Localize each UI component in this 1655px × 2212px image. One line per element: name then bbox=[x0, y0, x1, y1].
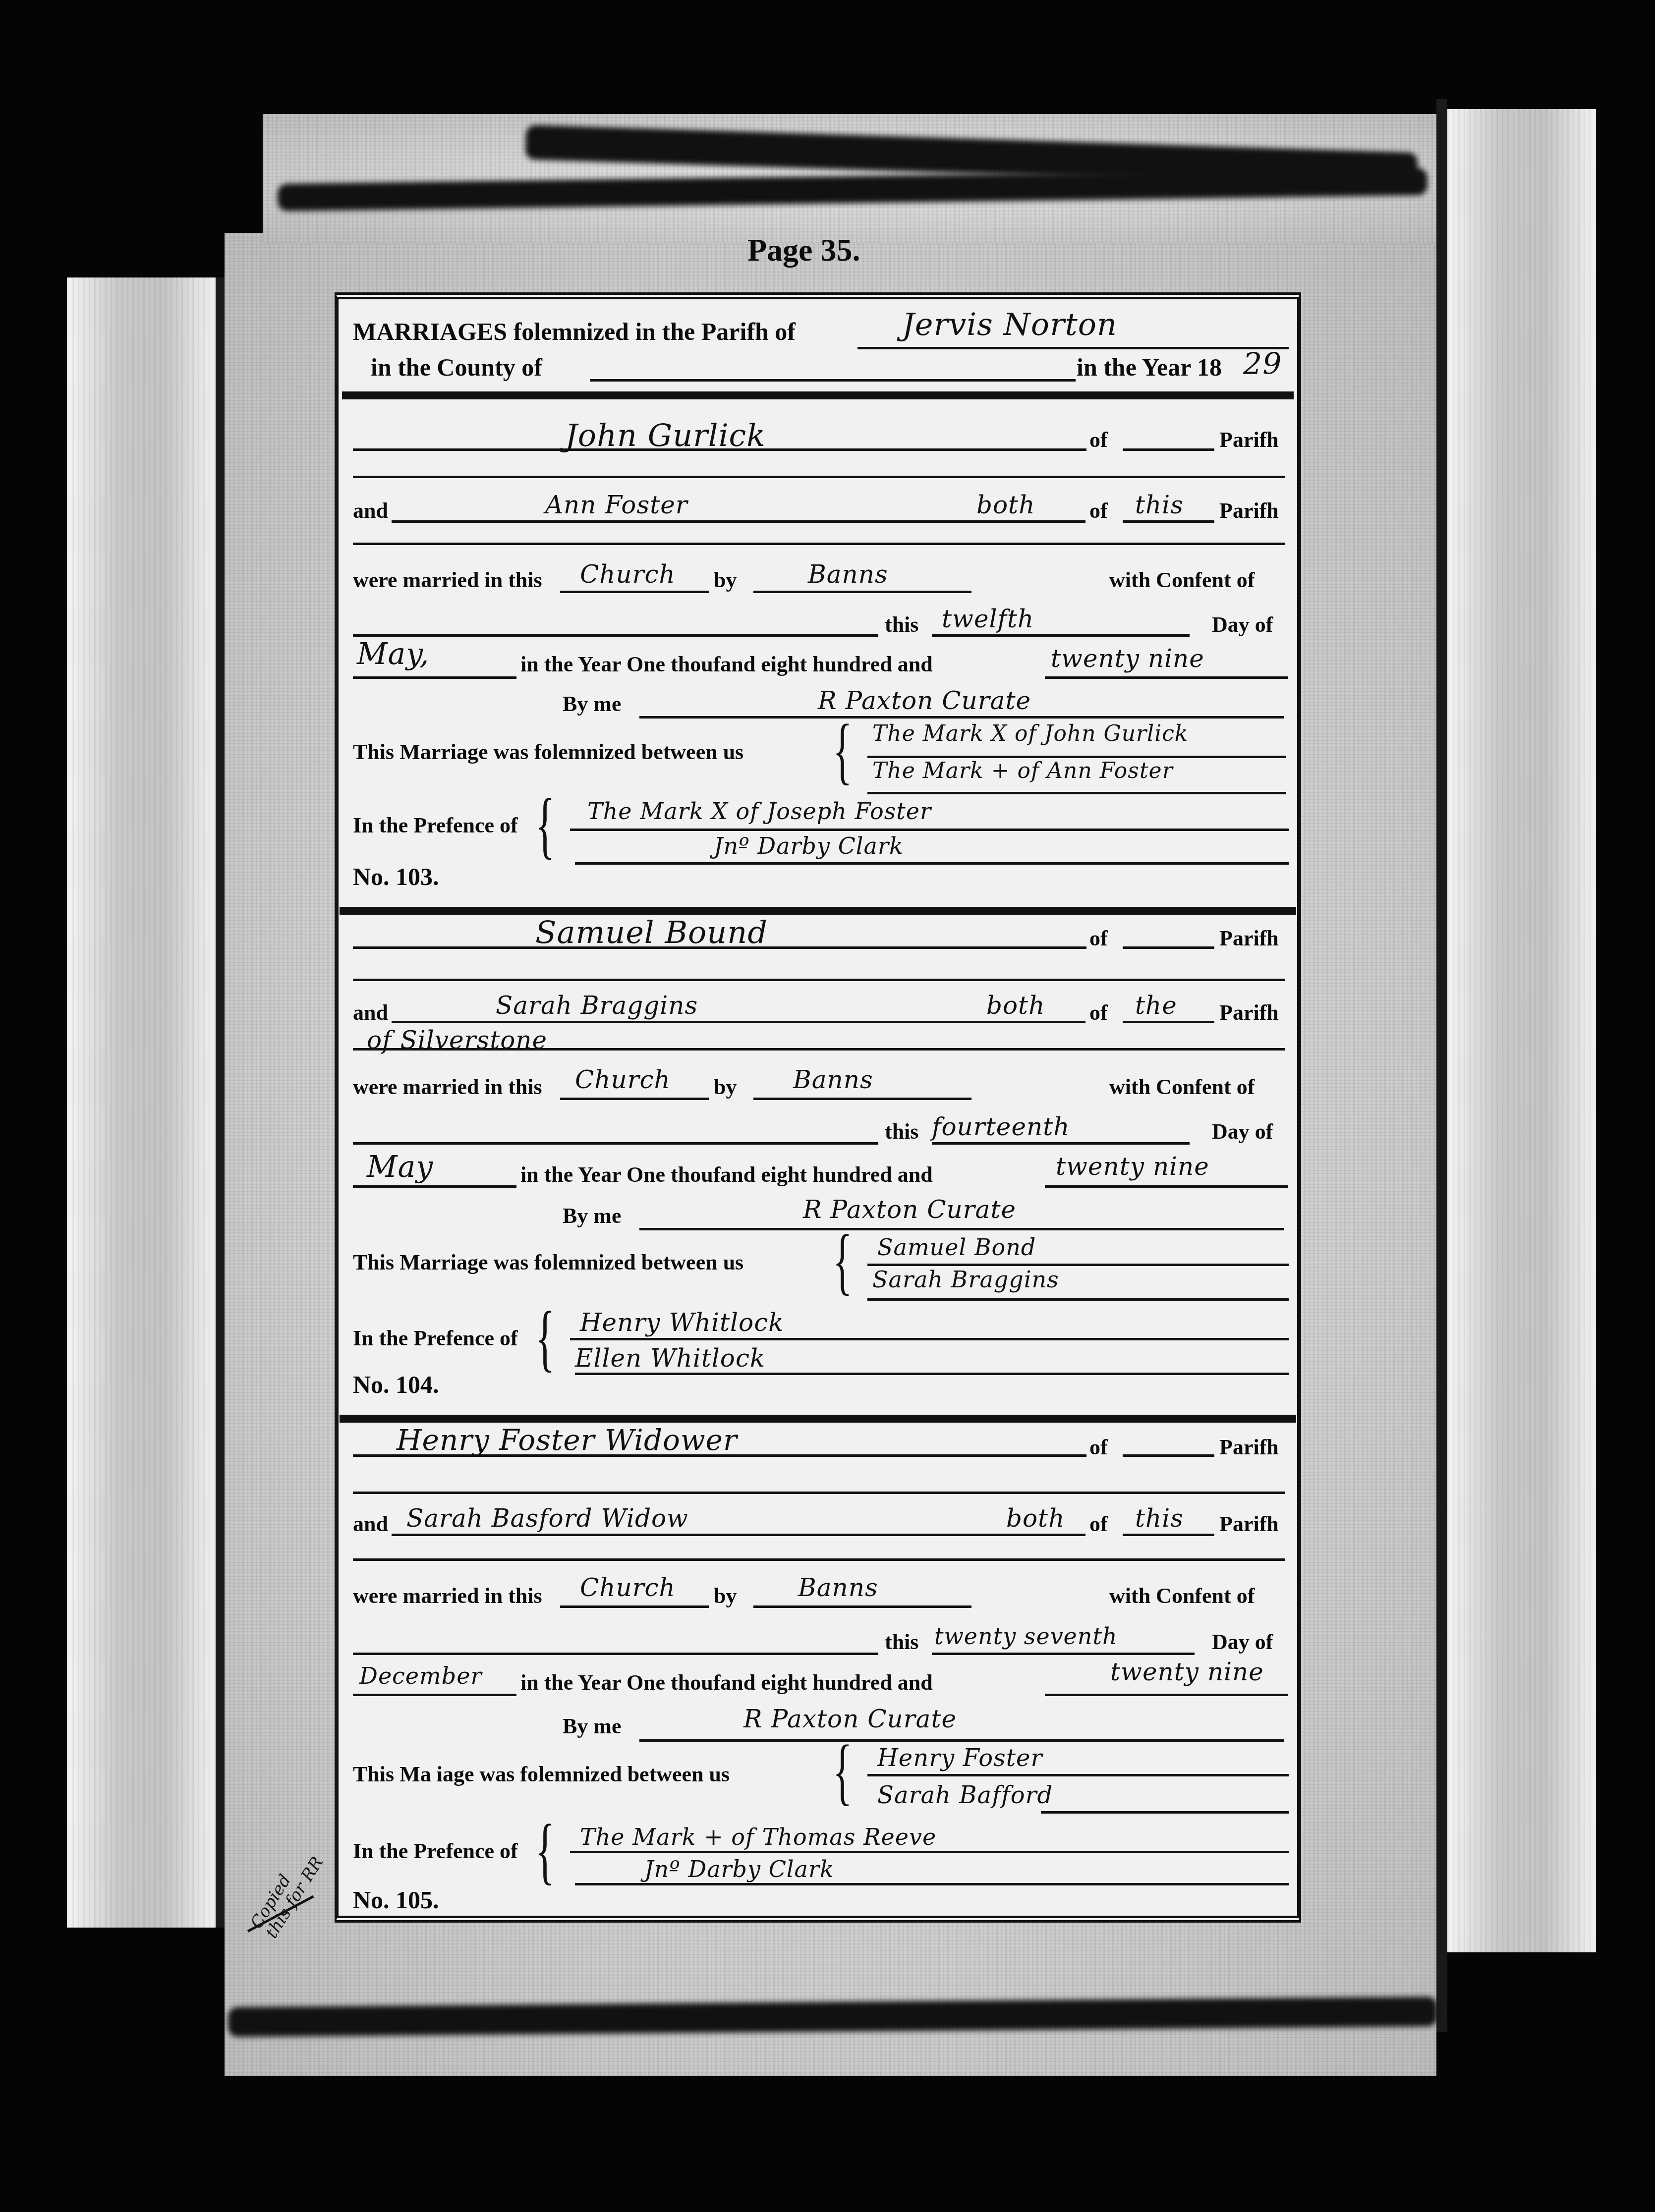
consent-line bbox=[353, 634, 878, 637]
groom-of-line bbox=[1123, 448, 1214, 451]
signatures-brace: { bbox=[833, 1224, 853, 1298]
year-words-line bbox=[1045, 1694, 1288, 1696]
day-of-label: Day of bbox=[1212, 612, 1273, 637]
signature-1: Samuel Bond bbox=[877, 1234, 1036, 1261]
month-line bbox=[353, 1185, 516, 1188]
method-value: Banns bbox=[798, 1573, 878, 1602]
bride-of-value: this bbox=[1135, 491, 1184, 519]
consent-line bbox=[353, 1653, 878, 1655]
header-year-label: in the Year 18 bbox=[1077, 353, 1222, 382]
bride-of-value: this bbox=[1135, 1504, 1184, 1533]
consent-label: with Confent of bbox=[1109, 1583, 1255, 1608]
parish-label: Parifh bbox=[1219, 1435, 1279, 1460]
of-label: of bbox=[1089, 498, 1108, 523]
both-word: both bbox=[986, 991, 1045, 1020]
place-value: Church bbox=[580, 1573, 676, 1602]
witness-1-line bbox=[570, 1851, 1289, 1853]
of-label: of bbox=[1089, 1511, 1108, 1537]
bride-of-line bbox=[1123, 520, 1214, 523]
day-line bbox=[932, 634, 1190, 637]
signature-2-line bbox=[867, 792, 1286, 794]
bride-of-line bbox=[1123, 1534, 1214, 1536]
by-me-label: By me bbox=[563, 691, 622, 717]
month-value: May bbox=[367, 1150, 433, 1184]
witnesses-brace: { bbox=[535, 788, 555, 862]
bride-line bbox=[392, 1021, 1085, 1023]
header-separator bbox=[342, 391, 1294, 399]
signature-2: Sarah Braggins bbox=[872, 1266, 1059, 1293]
method-line bbox=[753, 591, 971, 593]
entry-number: No. 105. bbox=[353, 1885, 439, 1914]
by-label: by bbox=[714, 1074, 737, 1100]
day-of-label: Day of bbox=[1212, 1119, 1273, 1144]
signature-2-line bbox=[867, 1298, 1289, 1301]
of-label: of bbox=[1089, 1435, 1108, 1460]
day-line bbox=[932, 1142, 1190, 1145]
signatures-brace: { bbox=[833, 1734, 853, 1809]
day-of-label: Day of bbox=[1212, 1629, 1273, 1655]
solemnized-label-text: This Ma iage was folemnized between us bbox=[353, 1762, 730, 1787]
signature-1: Henry Foster bbox=[877, 1744, 1042, 1772]
both-word: both bbox=[1006, 1504, 1065, 1533]
method-line bbox=[753, 1605, 971, 1608]
bride-line bbox=[392, 1534, 1085, 1536]
parish-label: Parifh bbox=[1219, 498, 1279, 523]
presence-label: In the Prefence of bbox=[353, 813, 518, 838]
and-label: and bbox=[353, 1000, 388, 1025]
left-page-edge-line bbox=[216, 277, 225, 1928]
both-word: both bbox=[976, 491, 1035, 519]
this-label: this bbox=[885, 1119, 918, 1144]
method-line bbox=[753, 1098, 971, 1100]
by-label: by bbox=[714, 1583, 737, 1608]
spacer-line bbox=[353, 1492, 1285, 1494]
day-value: fourteenth bbox=[932, 1112, 1070, 1141]
groom-name: Henry Foster Widower bbox=[397, 1423, 738, 1457]
officiant-line bbox=[639, 1739, 1284, 1742]
parish-label: Parifh bbox=[1219, 427, 1279, 452]
bride-name: Sarah Braggins bbox=[496, 991, 698, 1020]
bride-of-line bbox=[1123, 1021, 1214, 1023]
bride-name: Sarah Basford Widow bbox=[406, 1504, 688, 1533]
witness-2: Jnº Darby Clark bbox=[714, 832, 904, 859]
witness-1-line bbox=[570, 829, 1289, 831]
and-label: and bbox=[353, 498, 388, 523]
spacer-line bbox=[353, 979, 1285, 981]
place-value: Church bbox=[575, 1065, 671, 1094]
year-words-value: twenty nine bbox=[1051, 644, 1204, 673]
day-value: twenty seventh bbox=[934, 1623, 1118, 1650]
signature-2-line bbox=[1041, 1811, 1289, 1814]
of-label: of bbox=[1089, 926, 1108, 951]
presence-label: In the Prefence of bbox=[353, 1326, 518, 1351]
entry-number: No. 104. bbox=[353, 1370, 439, 1399]
parish-label: Parifh bbox=[1219, 926, 1279, 951]
year-words-label: in the Year One thoufand eight hundred a… bbox=[520, 1670, 933, 1695]
signatures-brace: { bbox=[833, 714, 853, 788]
signature-2: Sarah Bafford bbox=[877, 1781, 1053, 1809]
and-label: and bbox=[353, 1511, 388, 1537]
year-words-value: twenty nine bbox=[1110, 1658, 1264, 1686]
place-line bbox=[560, 1605, 709, 1608]
entry-separator bbox=[340, 1415, 1296, 1423]
by-me-label: By me bbox=[563, 1203, 622, 1228]
witness-2: Ellen Whitlock bbox=[575, 1344, 765, 1373]
by-label: by bbox=[714, 567, 737, 593]
place-line bbox=[560, 1098, 709, 1100]
witness-1-line bbox=[570, 1338, 1289, 1340]
consent-label: with Confent of bbox=[1109, 567, 1255, 593]
year-suffix-handwritten: 29 bbox=[1243, 347, 1282, 382]
groom-of-line bbox=[1123, 1454, 1214, 1457]
bride-extra-line bbox=[353, 543, 1285, 545]
method-value: Banns bbox=[793, 1065, 873, 1094]
witness-2: Jnº Darby Clark bbox=[644, 1856, 834, 1882]
bride-name: Ann Foster bbox=[545, 491, 688, 519]
by-me-label: By me bbox=[563, 1714, 622, 1739]
groom-of-line bbox=[1123, 946, 1214, 949]
officiant-line bbox=[639, 1228, 1284, 1230]
married-in-label: were married in this bbox=[353, 1074, 542, 1100]
solemnized-label: This Marriage was folemnized between us bbox=[353, 1250, 743, 1275]
entry-separator bbox=[340, 907, 1296, 915]
parish-label: Parifh bbox=[1219, 1000, 1279, 1025]
witnesses-brace: { bbox=[535, 1301, 555, 1375]
of-label: of bbox=[1089, 1000, 1108, 1025]
groom-name: John Gurlick bbox=[565, 417, 766, 453]
this-label: this bbox=[885, 1629, 918, 1655]
month-value: May, bbox=[357, 637, 429, 671]
presence-label: In the Prefence of bbox=[353, 1838, 518, 1864]
year-words-label: in the Year One thoufand eight hundred a… bbox=[520, 652, 933, 677]
groom-name: Samuel Bound bbox=[535, 914, 768, 950]
place-line bbox=[560, 591, 709, 593]
left-outer-page-strip bbox=[67, 277, 216, 1928]
spacer-line bbox=[353, 476, 1285, 478]
year-words-line bbox=[1045, 1185, 1288, 1188]
bride-line bbox=[392, 520, 1085, 523]
parish-blank-line bbox=[857, 347, 1289, 349]
county-blank-line bbox=[590, 379, 1076, 382]
right-page-edge-line bbox=[1436, 99, 1447, 2032]
of-label: of bbox=[1089, 427, 1108, 452]
bride-of-value: the bbox=[1135, 991, 1177, 1020]
witness-2-line bbox=[575, 1883, 1289, 1885]
parish-name-handwritten: Jervis Norton bbox=[902, 306, 1117, 342]
consent-label: with Confent of bbox=[1109, 1074, 1255, 1100]
this-label: this bbox=[885, 612, 918, 637]
consent-line bbox=[353, 1142, 878, 1145]
day-line bbox=[932, 1653, 1195, 1655]
year-words-value: twenty nine bbox=[1056, 1152, 1209, 1181]
witness-1: The Mark + of Thomas Reeve bbox=[580, 1824, 936, 1850]
year-words-label: in the Year One thoufand eight hundred a… bbox=[520, 1162, 933, 1187]
month-line bbox=[353, 1694, 516, 1696]
officiant-signature: R Paxton Curate bbox=[743, 1705, 957, 1733]
married-in-label: were married in this bbox=[353, 567, 542, 593]
method-value: Banns bbox=[808, 560, 888, 589]
header-county-label: in the County of bbox=[371, 353, 542, 382]
witness-1: The Mark X of Joseph Foster bbox=[587, 798, 931, 825]
entry-number: No. 103. bbox=[353, 862, 439, 891]
bride-extra-line bbox=[353, 1558, 1285, 1561]
officiant-line bbox=[639, 716, 1284, 719]
witness-2-line bbox=[575, 862, 1289, 865]
witness-2-line bbox=[575, 1373, 1289, 1375]
signature-1: The Mark X of John Gurlick bbox=[872, 721, 1189, 746]
parish-label: Parifh bbox=[1219, 1511, 1279, 1537]
solemnized-label: This Marriage was folemnized between us bbox=[353, 739, 743, 765]
page-title: Page 35. bbox=[747, 232, 860, 269]
month-value: December bbox=[359, 1662, 482, 1689]
witnesses-brace: { bbox=[535, 1814, 555, 1888]
signature-2: The Mark + of Ann Foster bbox=[872, 758, 1173, 783]
place-value: Church bbox=[580, 560, 676, 589]
header-parish-label: MARRIAGES folemnized in the Parifh of bbox=[353, 317, 796, 346]
witness-1: Henry Whitlock bbox=[580, 1308, 784, 1337]
bride-extra-line bbox=[353, 1048, 1285, 1051]
year-words-line bbox=[1045, 676, 1288, 679]
day-value: twelfth bbox=[942, 605, 1034, 633]
married-in-label: were married in this bbox=[353, 1583, 542, 1608]
right-outer-page-strip bbox=[1447, 109, 1596, 1952]
month-line bbox=[353, 676, 516, 679]
signature-1-line bbox=[867, 1774, 1289, 1776]
